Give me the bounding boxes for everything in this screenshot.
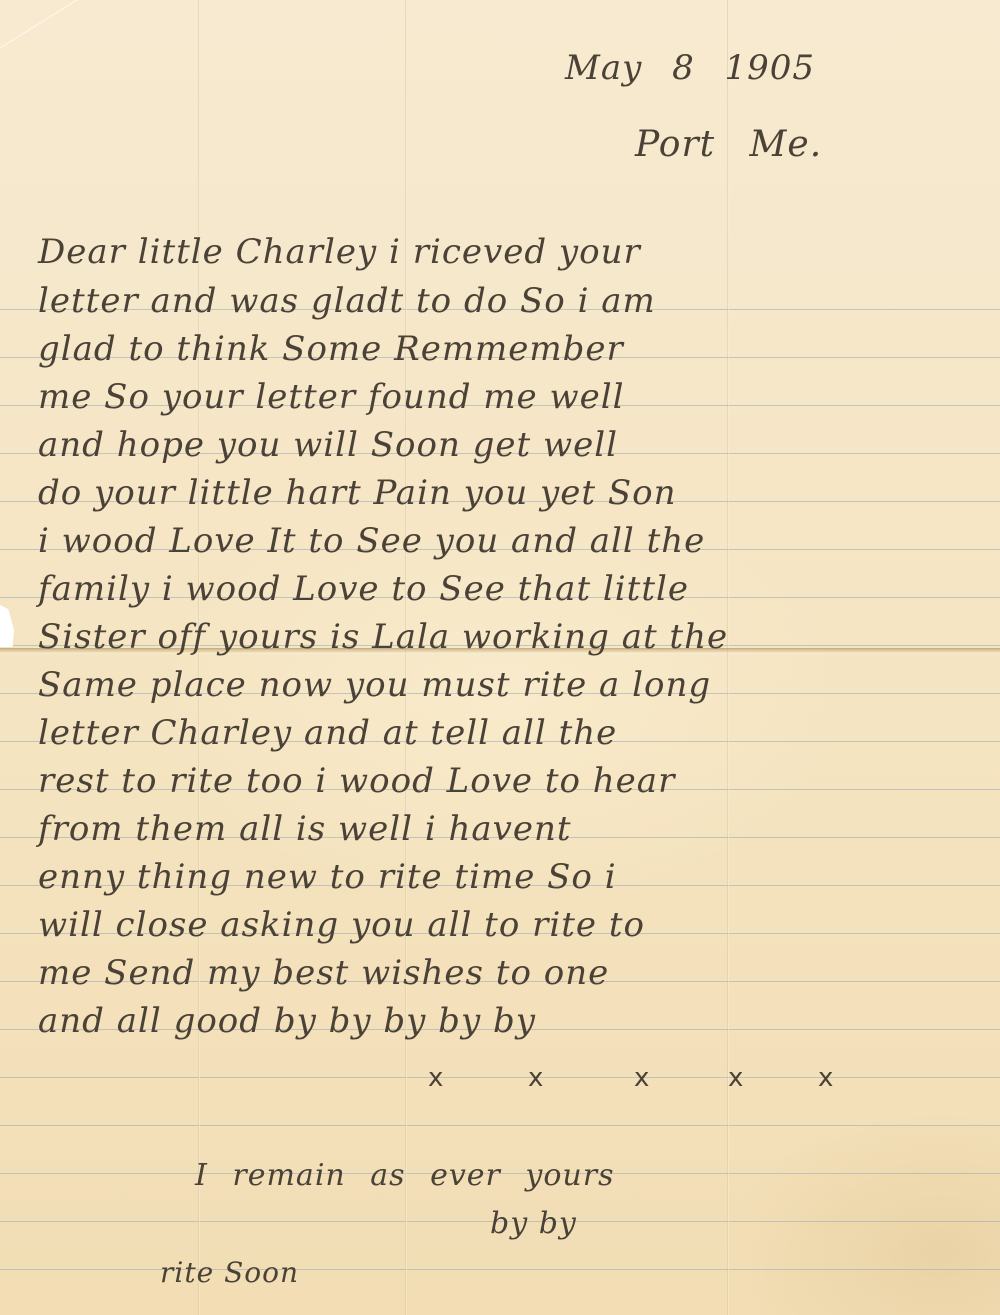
letter-date: May 8 1905 bbox=[565, 48, 815, 88]
letter-place: Port Me. bbox=[635, 124, 822, 165]
body-line: Same place now you must rite a long bbox=[38, 665, 711, 705]
body-line: Dear little Charley i riceved your bbox=[38, 232, 641, 272]
body-line: Sister off yours is Lala working at the bbox=[38, 617, 728, 657]
signoff: by by bbox=[490, 1206, 577, 1241]
postscript: rite Soon bbox=[160, 1256, 299, 1289]
body-line: family i wood Love to See that little bbox=[38, 569, 689, 609]
body-line: letter Charley and at tell all the bbox=[38, 713, 617, 753]
body-line: me Send my best wishes to one bbox=[38, 953, 609, 993]
kiss-mark: x bbox=[528, 1063, 543, 1093]
closing-line: I remain as ever yours bbox=[195, 1158, 614, 1193]
kiss-mark: x bbox=[634, 1063, 649, 1093]
body-line: do your little hart Pain you yet Son bbox=[38, 473, 677, 513]
body-line: me So your letter found me well bbox=[38, 377, 624, 417]
body-line: glad to think Some Remmember bbox=[38, 329, 624, 369]
kiss-mark: x bbox=[428, 1063, 443, 1093]
kiss-mark: x bbox=[728, 1063, 743, 1093]
body-line: from them all is well i havent bbox=[38, 809, 572, 849]
kiss-marks-row: x x x x x bbox=[0, 1063, 1000, 1093]
unruled-header-area bbox=[0, 0, 1000, 265]
body-line: letter and was gladt to do So i am bbox=[38, 281, 656, 321]
body-line: enny thing new to rite time So i bbox=[38, 857, 617, 897]
fold-crease-vertical bbox=[198, 0, 200, 1315]
body-line: will close asking you all to rite to bbox=[38, 905, 645, 945]
body-line: and all good by by by by by bbox=[38, 1001, 536, 1041]
body-line: and hope you will Soon get well bbox=[38, 425, 618, 465]
body-line: rest to rite too i wood Love to hear bbox=[38, 761, 675, 801]
fold-crease-vertical bbox=[727, 0, 729, 1315]
body-line: i wood Love It to See you and all the bbox=[38, 521, 705, 561]
kiss-mark: x bbox=[818, 1063, 833, 1093]
fold-crease-vertical bbox=[405, 0, 407, 1315]
